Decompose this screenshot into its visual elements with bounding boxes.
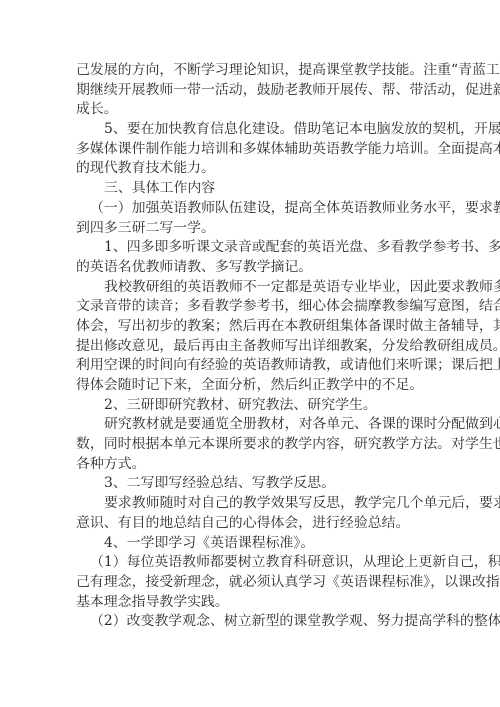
text-line: 文录音带的读音；多看教学参考书，细心体会揣摩教参编写意图，结合自己的 — [76, 297, 426, 317]
text-line: 期继续开展教师一带一活动，鼓励老教师开展传、帮、带活动，促进新教师的 — [76, 81, 426, 101]
text-line: （1）每位英语教师都要树立教育科研意识，从理论上更新自己，积极转变 — [76, 553, 426, 573]
document-page: 己发展的方向，不断学习理论知识，提高课堂教学技能。注重“青蓝工程”本 期继续开展… — [76, 61, 426, 632]
text-line: 基本理念指导教学实践。 — [76, 593, 426, 613]
text-line: 得体会随时记下来，全面分析，然后纠正教学中的不足。 — [76, 376, 426, 396]
text-line: 己有理念，接受新理念，就必须认真学习《英语课程标准》，以课改指导思想和 — [76, 573, 426, 593]
text-line: 多媒体课件制作能力培训和多媒体辅助英语教学能力培训。全面提高本组教师 — [76, 140, 426, 160]
text-line: 的现代教育技术能力。 — [76, 159, 426, 179]
text-line: 意识、有目的地总结自己的心得体会，进行经验总结。 — [76, 514, 426, 534]
text-line: 要求教师随时对自己的教学效果写反思，教学完几个单元后，要求教师有 — [76, 494, 426, 514]
text-line: 提出修改意见，最后再由主备教师写出详细教案，分发给教研组成员。另外， — [76, 337, 426, 357]
text-line: 研究教材就是要通览全册教材，对各单元、各课的课时分配做到心中有 — [76, 415, 426, 435]
text-line: 3、二写即写经验总结、写教学反思。 — [76, 474, 426, 494]
text-line: 各种方式。 — [76, 455, 426, 475]
text-line: 我校教研组的英语教师不一定都是英语专业毕业，因此要求教师多模仿课 — [76, 278, 426, 298]
text-line: 成长。 — [76, 100, 426, 120]
text-line: 到四多三研二写一学。 — [76, 219, 426, 239]
text-line: 2、三研即研究教材、研究教法、研究学生。 — [76, 396, 426, 416]
text-line: 的英语名优教师请教、多写教学摘记。 — [76, 258, 426, 278]
text-line: 数，同时根据本单元本课所要求的教学内容，研究教学方法。对学生也应注意 — [76, 435, 426, 455]
text-line: （2）改变教学观念、树立新型的课堂教学观、努力提高学科的整体教学质 — [76, 612, 426, 632]
text-line: 己发展的方向，不断学习理论知识，提高课堂教学技能。注重“青蓝工程”本 — [76, 61, 426, 81]
text-line: 5、要在加快教育信息化建设。借助笔记本电脑发放的契机，开展全组教师 — [76, 120, 426, 140]
text-line: 利用空课的时间向有经验的英语教师请教，或请他们来听课；课后把上课的心 — [76, 356, 426, 376]
subsection-heading: （一）加强英语教师队伍建设，提高全体英语教师业务水平，要求教师做 — [76, 199, 426, 219]
text-line: 体会，写出初步的教案；然后再在本教研组集体备课时做主备辅导，其他教师 — [76, 317, 426, 337]
text-line: 1、四多即多听课文录音或配套的英语光盘、多看教学参考书、多向有经验 — [76, 238, 426, 258]
text-line: 4、一学即学习《英语课程标准》。 — [76, 534, 426, 554]
section-heading: 三、具体工作内容 — [76, 179, 426, 199]
